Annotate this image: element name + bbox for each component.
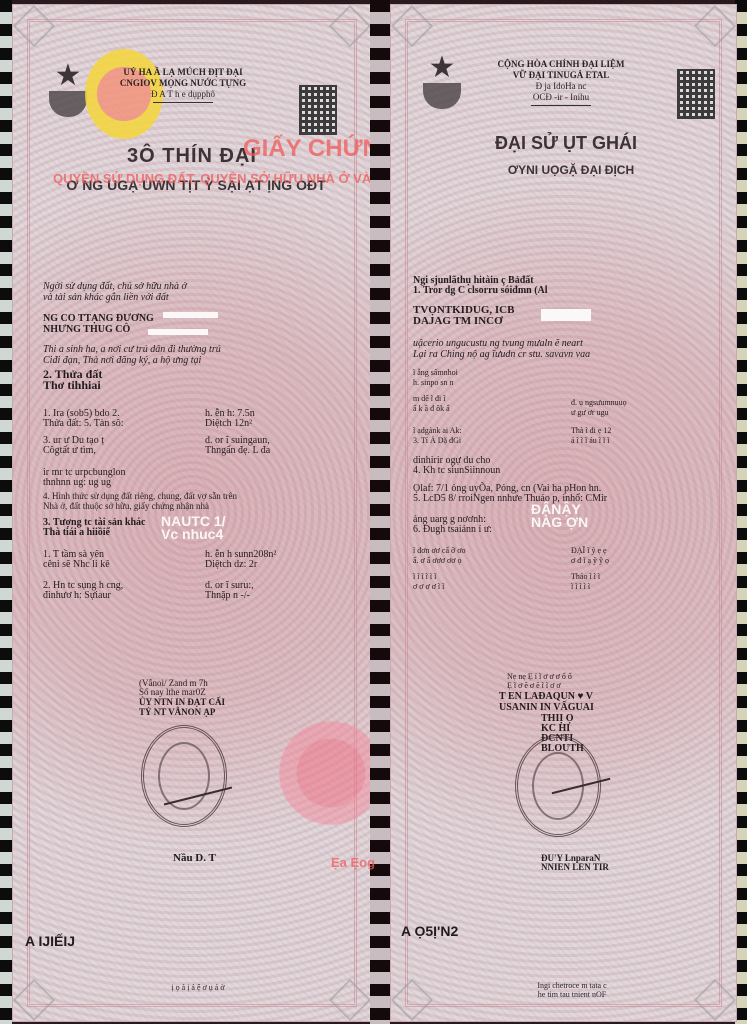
header-line: CỘNG HÒA CHÍNH ĐẠI LIỆM [471,59,651,70]
parcel-field: ả ĩ ĩ ĩ ảu ĩ ĩ ĩ [571,435,609,446]
qr-code-icon [677,69,715,119]
parcel-field: thnhnn ug: ug ug [43,477,111,488]
redaction-bar [541,309,591,321]
redaction-bar [163,312,218,318]
left-header: UỶ HA Ầ LẠ MÚCH ĐỊT ĐẠI CNGIOV MỌNG NƯỚC… [93,67,273,103]
parcel-field: ư gư ơr ugu [571,407,609,418]
qr-code-icon [299,85,337,135]
header-line: Đ ja IdoHa nc [471,81,651,92]
footnote: ị ọ ả ị ả ệ ơ ụ ả ờ [123,983,273,992]
page-edge-left [0,0,12,1024]
signer-name: NNIEN LEN TIR [541,862,609,873]
section-heading: Thơ tihhiai [43,380,101,391]
section-heading: Thà tiái a hiiồiể [43,527,110,538]
header-line: UỶ HA Ầ LẠ MÚCH ĐỊT ĐẠI [93,67,273,78]
official-seal-icon [141,725,227,827]
right-subtitle: ƠYNI UỌGẶ ĐẠI ĐỊCH [411,163,731,177]
header-line: OCĐ -ir - Inihu [471,92,651,103]
parcel-field: Côgtất ư tìm, [43,445,96,456]
header-rule [153,102,213,103]
owner-label: Ngời sử dụng đất, chủ sở hữu nhà ở [43,281,187,292]
white-stamp: NAUTC 1/ Vc nhuc4 [161,515,226,541]
parcel-note: Nhà ở, đất thuộc sở hữu, giấy chứng nhận… [43,501,209,512]
parcel-field: Thửa đất: 5. Tàn sô: [43,418,124,429]
parcel-field: h. sinpo sn n [413,377,453,388]
serial-number: A Ọ5Ị'N2 [401,923,458,939]
red-seal-text: Ẹa Ẹog [331,855,375,870]
issuing-authority: T EN LAĐAQUN ♥ V [499,691,593,702]
owner-name: NG CO TTẠNG ĐƯƠNG [43,313,154,324]
asset-field: ĩ ĩ ĩ ĩ ĩ [571,581,590,592]
owner-label: 1. Tror dg C clsorru sóiđmn (Al [413,285,548,296]
asset-field: 6. Đugh tsaiảnn ỉ ư: [413,524,492,535]
white-stamp-line: NÀG ỢN [531,516,588,529]
owner-note: Ciđi đạn, Thà nơi đăng ký, a hộ ưng tại [43,355,201,366]
national-emblem-icon: ★ [47,61,89,123]
owner-label: và tài sản khác gắn liền với đất [43,292,169,303]
owner-note: Thi a sinh ha, a nơi cư trú dân đi thườn… [43,344,221,355]
certificate-right-page: ★ CỘNG HÒA CHÍNH ĐẠI LIỆM VỮ ĐẠI TINUGẢ … [390,4,737,1022]
owner-name: NHƯNG THUG CÔ [43,324,130,335]
official-seal-icon [515,735,601,837]
parcel-field: Thngẩn đẹ. L đa [205,445,270,456]
parcel-field: Diệtch 12n² [205,418,252,429]
national-emblem-icon: ★ [421,53,463,115]
header-line: Đ A T h e dụpphô [93,89,273,100]
right-header: CỘNG HÒA CHÍNH ĐẠI LIỆM VỮ ĐẠI TINUGẢ ET… [471,59,651,106]
book-spine [370,0,390,1024]
footnote-line: he tim tau tnient nOF [487,990,657,999]
asset-field: đinhươ h: Sựiaur [43,590,111,601]
issuing-authority: TỶ NT VẪNON ẠP [139,707,215,718]
serial-number: A IJIẾIJ [25,933,75,949]
header-rule [531,105,591,106]
asset-field: ơ đ ĩ ạ ỹ ỹ ọ [571,555,609,566]
header-line: CNGIOV MỌNG NƯỚC TỰNG [93,78,273,89]
redaction-bar [148,329,208,335]
parcel-field: 3. Tỉ Á Dặ đGi [413,435,461,446]
right-title: ĐẠI SỬ ỤT GHÁI [471,133,661,154]
owner-note: Lại ra Ching nộ ag ĩưudn cr stu. savavn … [413,349,590,360]
owner-name: DAJAG TM INCƠ [413,316,503,327]
owner-note: uậcerio ungucustu ng tvung mưaln ẽ neart [413,338,583,349]
header-line: VỮ ĐẠI TINUGẢ ETAL [471,70,651,81]
white-stamp: ĐẬNẬY NÀG ỢN [531,503,588,529]
asset-field: Thnặp n -/- [205,590,250,601]
asset-field: 4. Kh tc siunSiinnoun [413,465,500,476]
issuing-authority: USANIN IN VẤGUAI [499,702,594,713]
parcel-field: ẩ k ầ đ ôk ẩ [413,403,450,414]
footnote-line: Ingi chetroce m tata c [487,981,657,990]
asset-field: ẩ. ơ ẩ ơơơ ơơ ọ [413,555,461,566]
footnote: Ingi chetroce m tata c he tim tau tnient… [487,981,657,999]
asset-field: cêni sẽ Nhc li kê [43,559,110,570]
asset-field: ơ ơ ơ ơ ĩ ĩ [413,581,444,592]
certificate-left-page: ★ UỶ HA Ầ LẠ MÚCH ĐỊT ĐẠI CNGIOV MỌNG NƯ… [12,4,372,1022]
issue-date: Ẹ ĩ ơ ẽ ơ ẽ ĩ ĩ ơ ơ [507,680,561,691]
white-stamp-line: Vc nhuc4 [161,528,226,541]
signer-name: Nầu D. T [173,853,216,864]
asset-field: Diệtch dz: 2r [205,559,257,570]
